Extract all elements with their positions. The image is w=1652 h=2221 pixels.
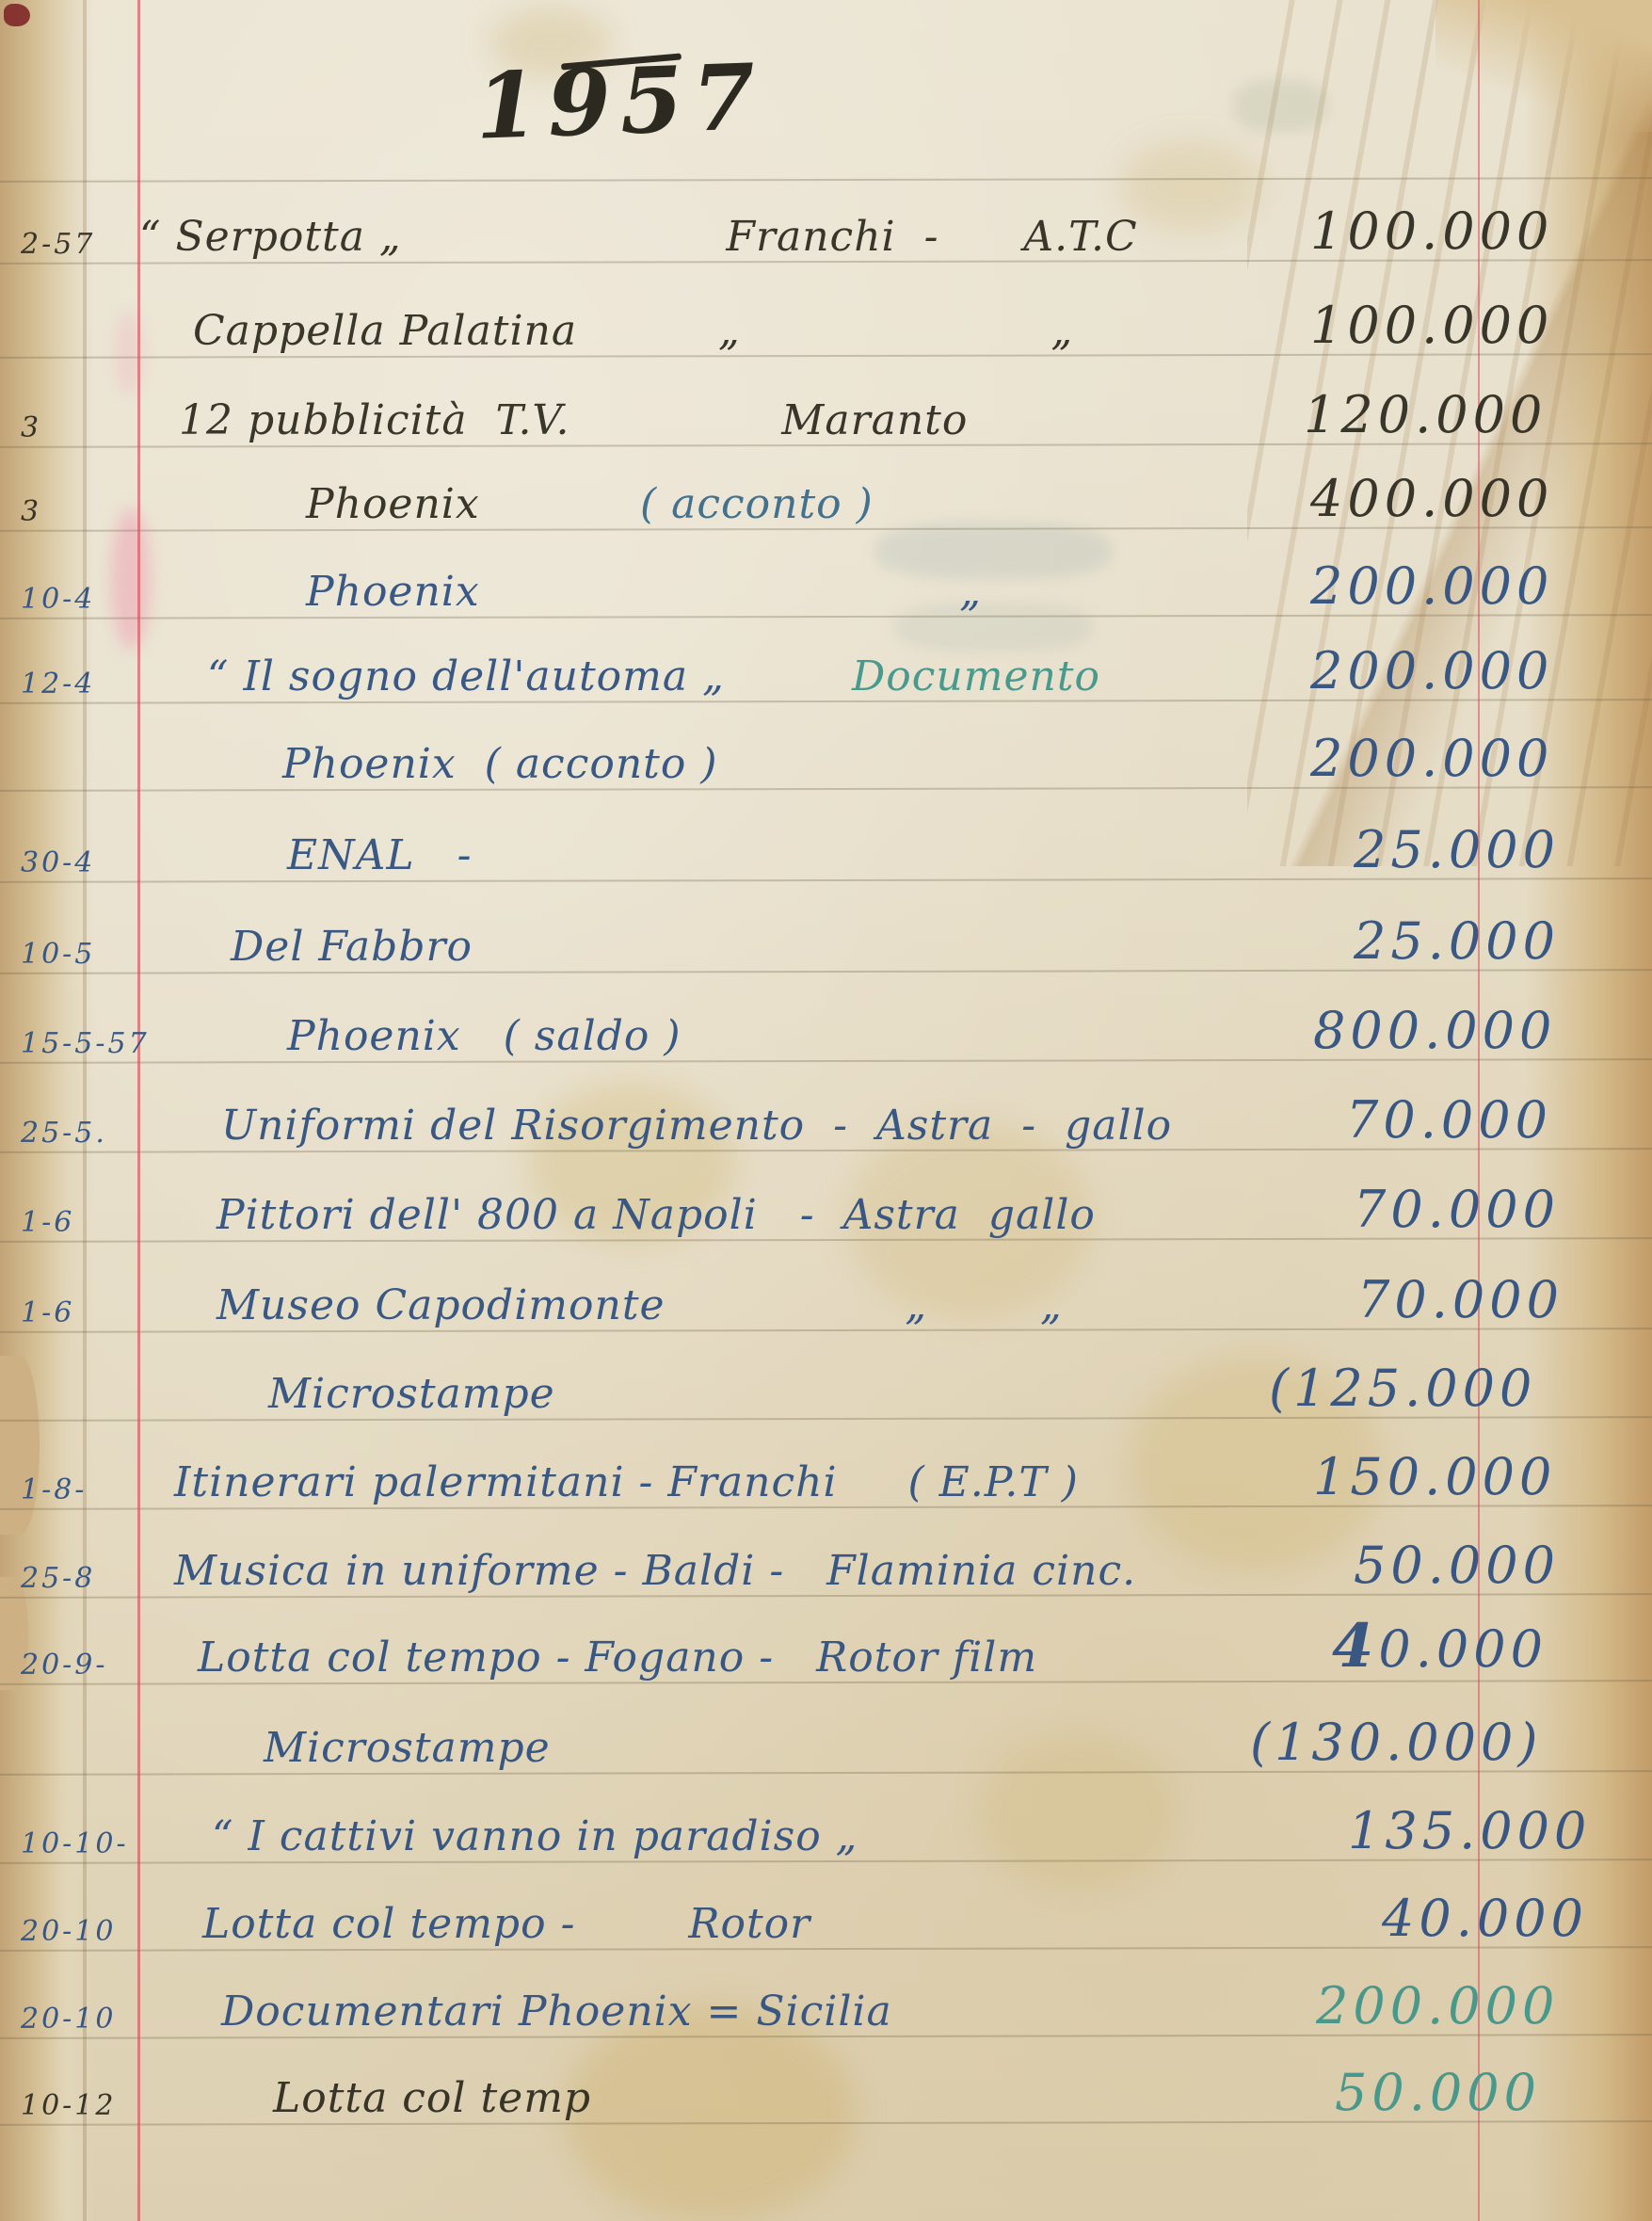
row-description: Phoenix ( saldo ) [287, 1012, 682, 1060]
ledger-row: 20-10Lotta col tempo - Rotor40.000 [0, 1890, 1652, 1948]
row-date: 30-4 [21, 846, 95, 879]
row-description: “ I cattivi vanno in paradiso „ [212, 1812, 858, 1860]
row-description: Microstampe [268, 1370, 555, 1418]
row-amount: 25.000 [1354, 820, 1560, 879]
ledger-row: Cappella Palatina „ „100.000 [0, 297, 1652, 355]
row-amount: 50.000 [1354, 1536, 1560, 1595]
row-description: Phoenix ( acconto ) [282, 740, 718, 788]
row-date: 20-9- [21, 1649, 108, 1682]
row-amount: 200.000 [1310, 556, 1553, 616]
row-amount: 135.000 [1348, 1801, 1591, 1860]
ledger-row: 312 pubblicità T.V. Maranto120.000 [0, 386, 1652, 444]
row-description: Cappella Palatina „ „ [193, 307, 1073, 355]
ledger-row: 20-9-Lotta col tempo - Fogano - Rotor fi… [0, 1623, 1652, 1682]
row-amount: (125.000 [1269, 1359, 1536, 1418]
row-date: 10-5 [21, 938, 95, 971]
ledger-row: 1-6Museo Capodimonte „ „70.000 [0, 1271, 1652, 1329]
row-description: Phoenix [306, 480, 480, 528]
row-date: 1-8- [21, 1473, 87, 1506]
ledger-row: 30-4ENAL -25.000 [0, 821, 1652, 879]
row-amount: 100.000 [1310, 296, 1553, 355]
row-date: 1-6 [21, 1296, 74, 1329]
top-right-corner-fold [1435, 0, 1652, 132]
row-date: 3 [21, 411, 41, 444]
ledger-row: 25-5.Uniformi del Risorgimento - Astra -… [0, 1091, 1652, 1150]
row-amount: 100.000 [1310, 201, 1553, 261]
row-amount: 25.000 [1354, 911, 1560, 971]
ledger-row: Microstampe(130.000) [0, 1714, 1652, 1772]
row-description: Pittori dell' 800 a Napoli - Astra gallo [217, 1191, 1096, 1239]
ledger-row: 1-8-Itinerari palermitani - Franchi ( E.… [0, 1448, 1652, 1506]
row-amount: 200.000 [1310, 641, 1553, 700]
row-description: Lotta col temp [273, 2074, 591, 2122]
ledger-row: 15-5-57Phoenix ( saldo )800.000 [0, 1002, 1652, 1060]
row-description: Lotta col tempo - Fogano - Rotor film [198, 1634, 1037, 1682]
row-date: 10-4 [21, 583, 95, 616]
row-amount: 40.000 [1382, 1889, 1588, 1948]
row-description: Microstampe [264, 1724, 551, 1772]
row-description: “ Serpotta „ Franchi - A.T.C [139, 213, 1138, 261]
row-date: 15-5-57 [21, 1027, 150, 1060]
row-description: Museo Capodimonte „ „ [217, 1281, 1063, 1329]
row-date: 12-4 [21, 668, 95, 700]
row-amount: 150.000 [1313, 1447, 1556, 1506]
row-amount: 70.000 [1354, 1180, 1560, 1239]
row-amount: 400.000 [1310, 469, 1553, 528]
ledger-row: 3Phoenix( acconto )400.000 [0, 470, 1652, 528]
row-description-secondary: Documento [852, 652, 1100, 700]
row-amount: (130.000) [1250, 1713, 1542, 1772]
row-amount: 50.000 [1335, 2063, 1541, 2122]
ledger-row: 25-8Musica in uniforme - Baldi - Flamini… [0, 1537, 1652, 1595]
row-description: Documentari Phoenix = Sicilia [221, 1988, 892, 2036]
ledger-row: Microstampe(125.000 [0, 1360, 1652, 1418]
row-amount: 200.000 [1310, 729, 1553, 788]
ledger-row: 10-5Del Fabbro25.000 [0, 912, 1652, 971]
row-amount: 200.000 [1316, 1976, 1559, 2036]
row-description: Musica in uniforme - Baldi - Flaminia ci… [174, 1547, 1136, 1595]
ledger-row: 10-4Phoenix „200.000 [0, 557, 1652, 616]
ink-bleedthrough [1233, 80, 1327, 132]
row-amount: 70.000 [1346, 1090, 1552, 1150]
row-description: 12 pubblicità T.V. Maranto [179, 396, 968, 444]
ledger-row: 10-12Lotta col temp50.000 [0, 2064, 1652, 2122]
row-description: Phoenix „ [306, 568, 982, 616]
row-date: 10-12 [21, 2089, 116, 2122]
row-description: Lotta col tempo - Rotor [202, 1900, 810, 1948]
ledger-row: 2-57“ Serpotta „ Franchi - A.T.C100.000 [0, 202, 1652, 261]
ledger-row: Phoenix ( acconto )200.000 [0, 730, 1652, 788]
row-amount: 40.000 [1332, 1611, 1548, 1682]
row-date: 3 [21, 495, 41, 528]
row-date: 2-57 [21, 228, 95, 261]
row-amount: 800.000 [1313, 1001, 1556, 1060]
row-description: Del Fabbro [231, 923, 473, 971]
ledger-page: 1957 2-57“ Serpotta „ Franchi - A.T.C100… [0, 0, 1652, 2221]
row-date: 20-10 [21, 2003, 116, 2036]
row-date: 25-8 [21, 1562, 95, 1595]
row-date: 25-5. [21, 1117, 107, 1150]
ledger-row: 12-4“ Il sogno dell'automa „Documento200… [0, 642, 1652, 700]
corner-mark [4, 4, 30, 26]
row-date: 10-10- [21, 1827, 129, 1860]
row-description: Uniformi del Risorgimento - Astra - gall… [221, 1102, 1172, 1150]
row-description-secondary: ( acconto ) [640, 480, 874, 528]
row-description: ENAL - [287, 831, 472, 879]
row-date: 20-10 [21, 1915, 116, 1948]
ledger-row: 1-6Pittori dell' 800 a Napoli - Astra ga… [0, 1181, 1652, 1239]
ledger-row: 20-10Documentari Phoenix = Sicilia200.00… [0, 1977, 1652, 2036]
row-amount: 70.000 [1357, 1270, 1564, 1329]
ledger-row: 10-10-“ I cattivi vanno in paradiso „135… [0, 1802, 1652, 1860]
row-amount: 120.000 [1304, 385, 1547, 444]
row-description: “ Il sogno dell'automa „ [207, 652, 725, 700]
row-date: 1-6 [21, 1206, 74, 1239]
row-description: Itinerari palermitani - Franchi ( E.P.T … [174, 1458, 1079, 1506]
